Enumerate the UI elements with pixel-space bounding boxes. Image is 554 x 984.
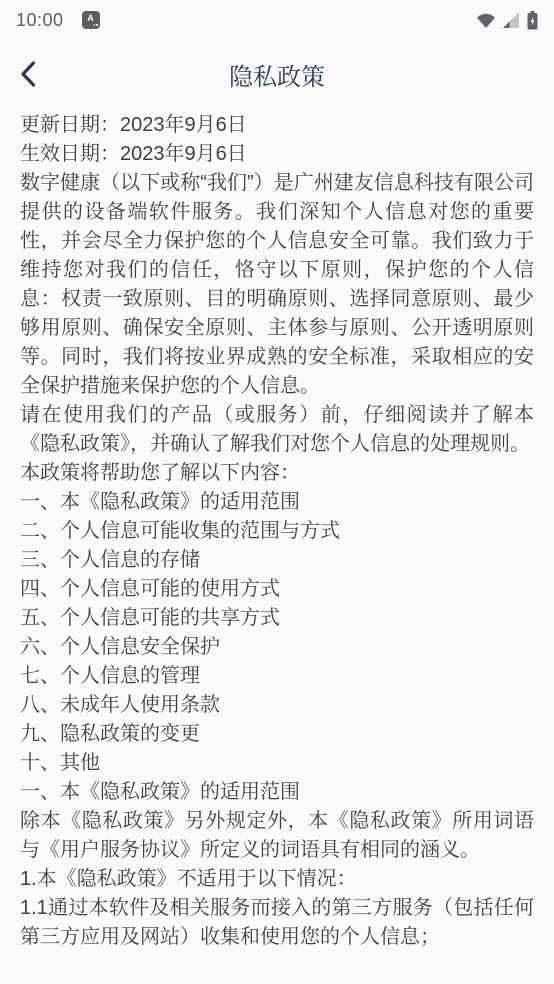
policy-paragraph: 七、个人信息的管理 (20, 662, 534, 691)
policy-paragraph: 一、本《隐私政策》的适用范围 (20, 488, 534, 517)
policy-paragraph: 五、个人信息可能的共享方式 (20, 604, 534, 633)
app-notification-icon: A (82, 11, 100, 29)
policy-paragraph: 生效日期：2023年9月6日 (20, 140, 534, 169)
privacy-policy-screen: 10:00 A 隐私政策 (0, 0, 554, 984)
battery-charging-icon (527, 11, 538, 30)
policy-paragraph: 六、个人信息安全保护 (20, 633, 534, 662)
header: 隐私政策 (0, 40, 554, 108)
policy-paragraph: 八、未成年人使用条款 (20, 691, 534, 720)
policy-paragraph: 除本《隐私政策》另外规定外，本《隐私政策》所用词语与《用户服务协议》所定义的词语… (20, 807, 534, 865)
app-notification-letter: A (87, 14, 94, 23)
policy-paragraph: 1.本《隐私政策》不适用于以下情况： (20, 865, 534, 894)
cell-signal-icon (503, 12, 520, 29)
policy-text-scroll-area[interactable]: 更新日期：2023年9月6日生效日期：2023年9月6日数字健康（以下或称“我们… (0, 108, 554, 984)
status-bar: 10:00 A (0, 0, 554, 40)
policy-paragraph: 十、其他 (20, 749, 534, 778)
wifi-icon (476, 12, 496, 29)
page-title: 隐私政策 (0, 57, 554, 92)
back-button[interactable] (20, 58, 52, 90)
policy-paragraph: 四、个人信息可能的使用方式 (20, 575, 534, 604)
policy-paragraph: 请在使用我们的产品（或服务）前，仔细阅读并了解本《隐私政策》，并确认了解我们对您… (20, 401, 534, 459)
policy-paragraph: 三、个人信息的存储 (20, 546, 534, 575)
policy-paragraph: 1.1通过本软件及相关服务而接入的第三方服务（包括任何第三方应用及网站）收集和使… (20, 894, 534, 952)
back-chevron-icon (20, 61, 36, 87)
policy-paragraph: 更新日期：2023年9月6日 (20, 111, 534, 140)
policy-paragraph: 本政策将帮助您了解以下内容： (20, 459, 534, 488)
app-notification-dots (94, 24, 98, 26)
status-icons (476, 11, 538, 30)
policy-paragraph: 数字健康（以下或称“我们”）是广州建友信息科技有限公司提供的设备端软件服务。我们… (20, 169, 534, 401)
policy-paragraph: 二、个人信息可能收集的范围与方式 (20, 517, 534, 546)
status-time: 10:00 (16, 10, 64, 31)
policy-paragraph: 一、本《隐私政策》的适用范围 (20, 778, 534, 807)
policy-paragraph: 九、隐私政策的变更 (20, 720, 534, 749)
